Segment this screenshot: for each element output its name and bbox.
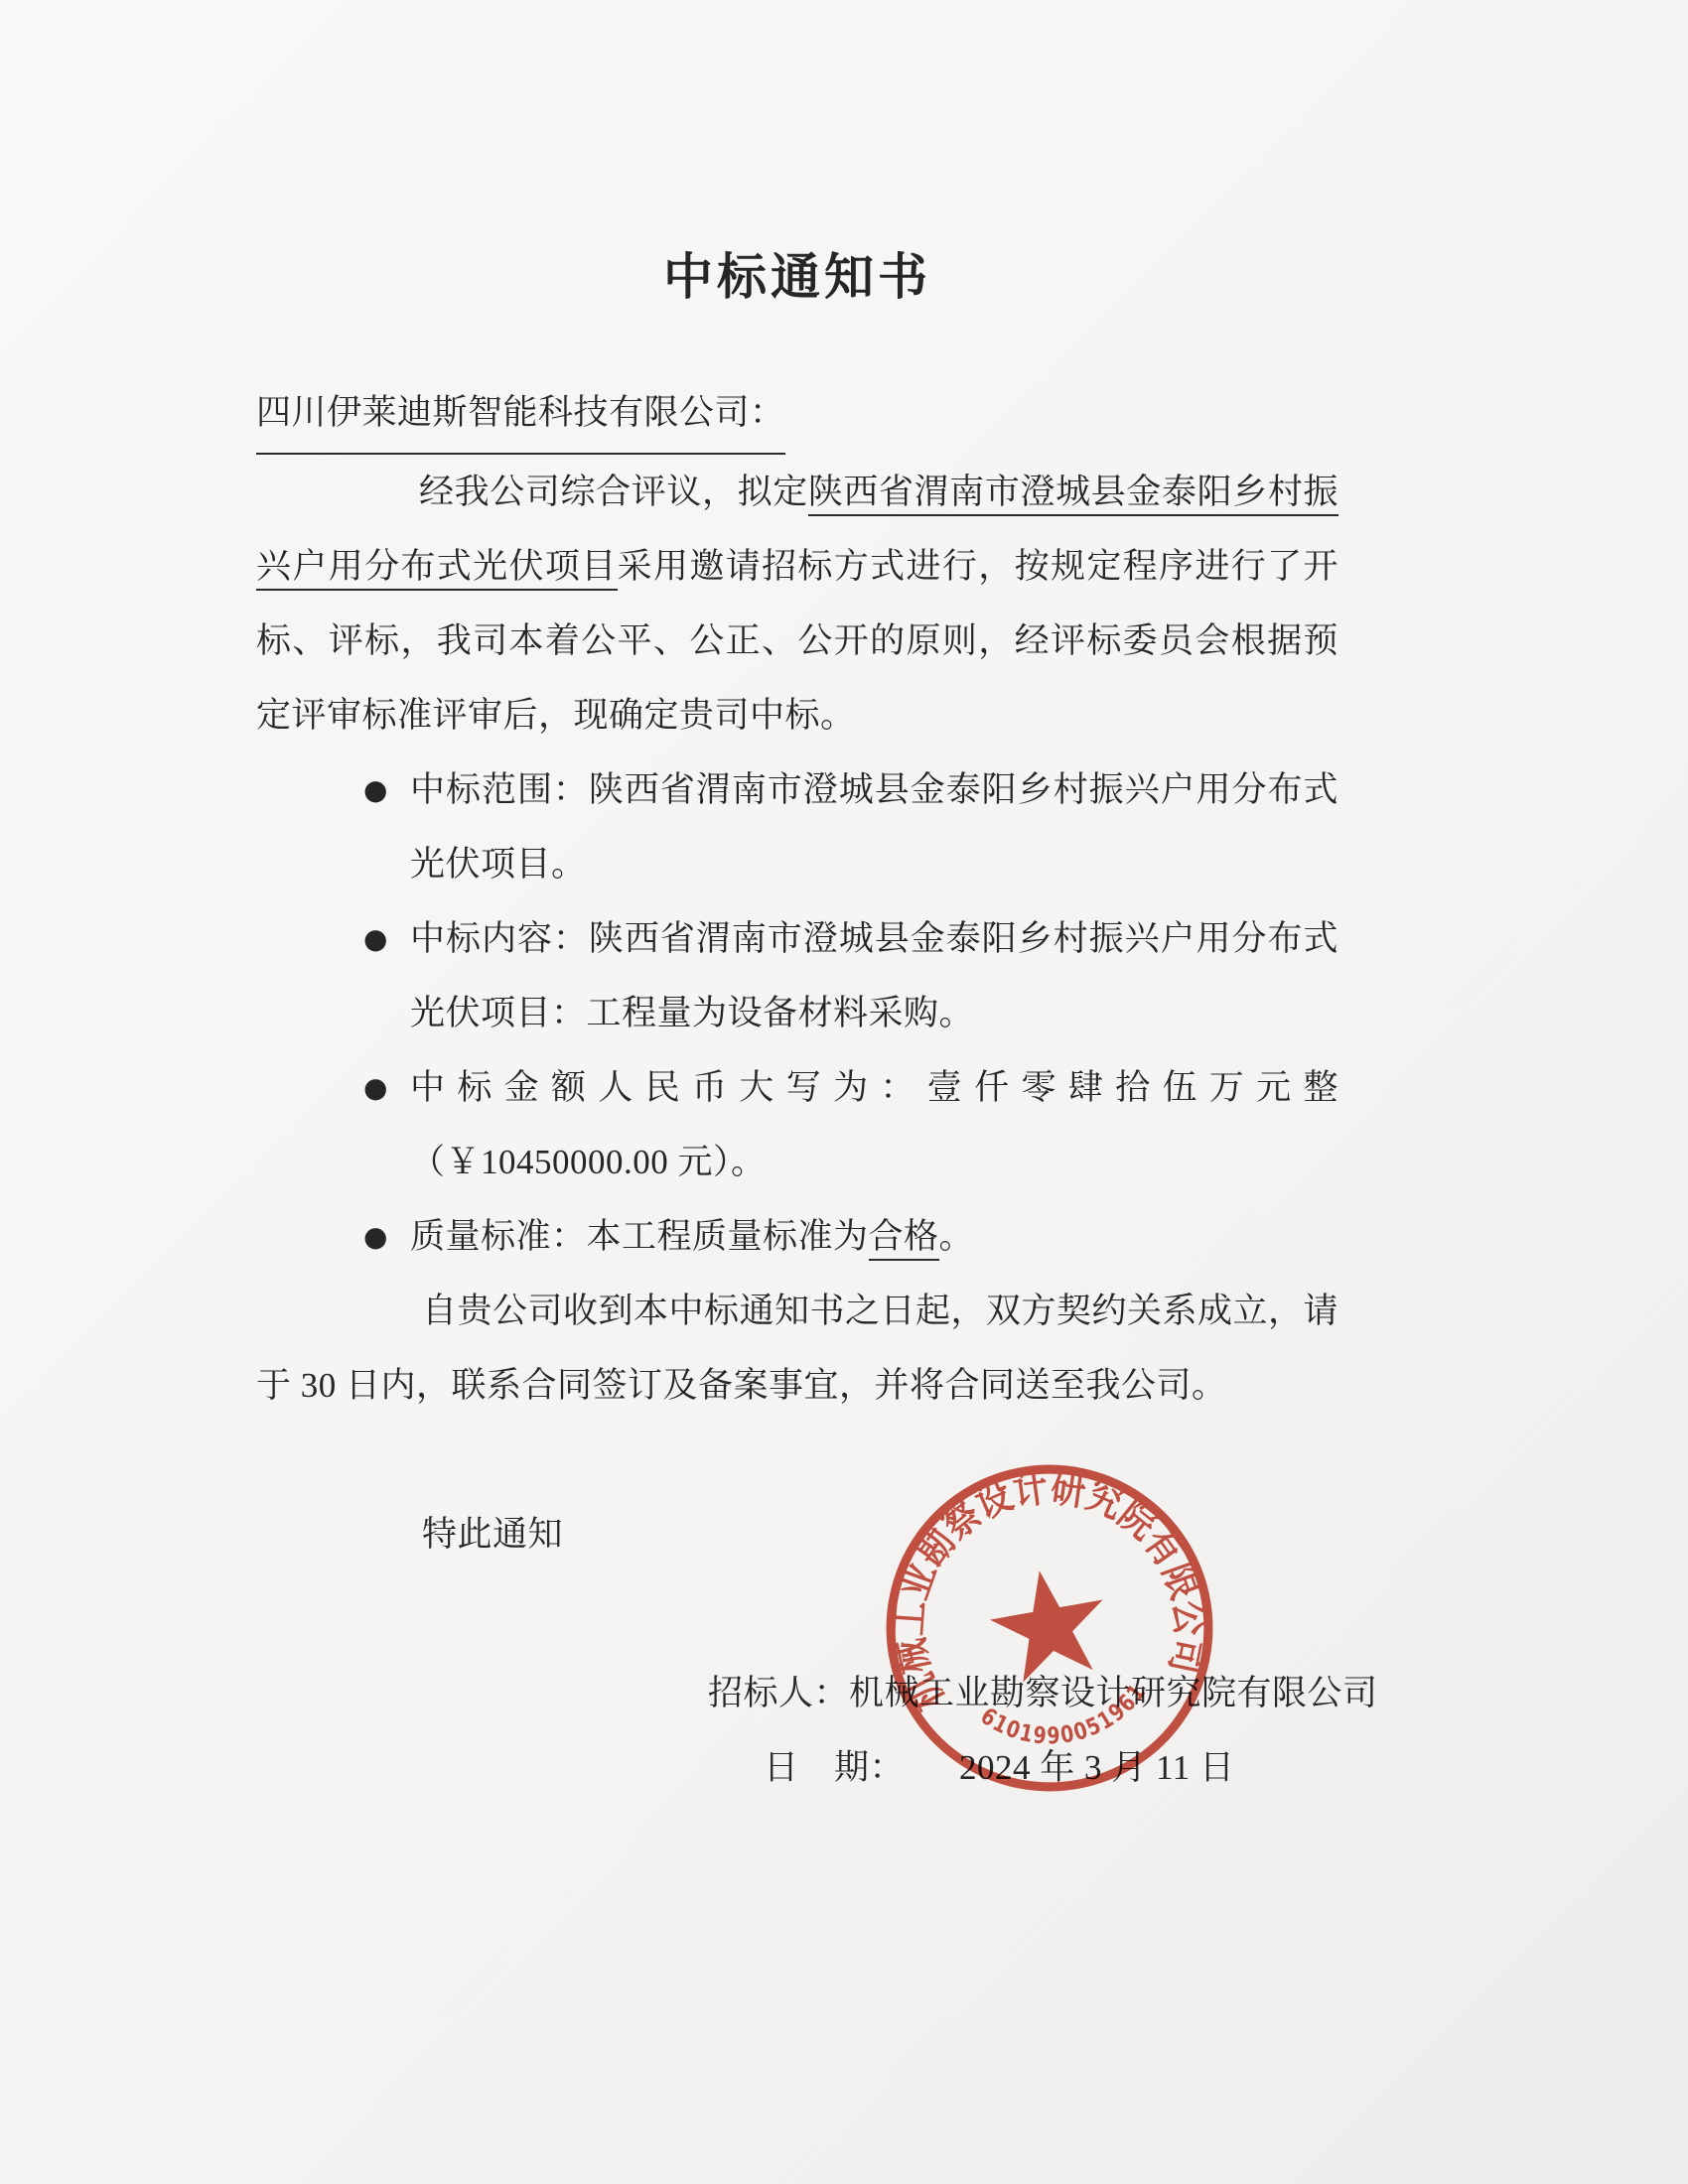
quality-text-end: 。 <box>939 1217 975 1256</box>
bullet-icon: ● <box>363 901 388 976</box>
content-text: 中标内容：陕西省渭南市澄城县金泰阳乡村振兴户用分布式光伏项目：工程量为设备材料采… <box>410 919 1338 1032</box>
company-seal-stamp: 机械工业勘察设计研究院有限公司 6101990051961 <box>852 1431 1248 1827</box>
bullet-icon: ● <box>363 1050 388 1125</box>
recipient-company-line: 四川伊莱迪斯智能科技有限公司： <box>256 375 785 455</box>
scanned-document-page: 中标通知书 四川伊莱迪斯智能科技有限公司： 经我公司综合评议，拟定陕西省渭南市澄… <box>0 0 1688 2184</box>
bidder-label: 招标人： <box>708 1674 849 1712</box>
list-item-scope: ●中标范围：陕西省渭南市澄城县金泰阳乡村振兴户用分布式光伏项目。 <box>256 752 1338 901</box>
seal-code-number: 6101990051961 <box>972 1675 1158 1763</box>
bullet-icon: ● <box>363 752 388 827</box>
star-icon <box>983 1561 1114 1686</box>
date-label: 日 期： <box>764 1748 905 1787</box>
quality-grade-underlined: 合格 <box>869 1217 939 1261</box>
list-item-amount: ●中标金额人民币大写为：壹仟零肆拾伍万元整（￥10450000.00 元）。 <box>256 1050 1338 1199</box>
list-item-quality: ●质量标准：本工程质量标准为合格。 <box>256 1199 1338 1274</box>
quality-text: 质量标准：本工程质量标准为 <box>410 1217 869 1256</box>
bullet-icon: ● <box>363 1199 388 1274</box>
scope-text: 中标范围：陕西省渭南市澄城县金泰阳乡村振兴户用分布式光伏项目。 <box>410 770 1338 884</box>
paragraph-contract-instruction: 自贵公司收到本中标通知书之日起，双方契约关系成立，请于 30 日内，联系合同签订… <box>256 1274 1338 1423</box>
list-item-content: ●中标内容：陕西省渭南市澄城县金泰阳乡村振兴户用分布式光伏项目：工程量为设备材料… <box>256 901 1338 1050</box>
paragraph-award-decision: 经我公司综合评议，拟定陕西省渭南市澄城县金泰阳乡村振兴户用分布式光伏项目采用邀请… <box>256 455 1338 752</box>
document-title: 中标通知书 <box>256 246 1338 308</box>
para1-text: 经我公司综合评议，拟定 <box>419 473 808 511</box>
amount-text: 中标金额人民币大写为：壹仟零肆拾伍万元整（￥10450000.00 元）。 <box>410 1068 1338 1181</box>
seal-graphic: 机械工业勘察设计研究院有限公司 6101990051961 <box>852 1431 1248 1827</box>
award-details-list: ●中标范围：陕西省渭南市澄城县金泰阳乡村振兴户用分布式光伏项目。 ●中标内容：陕… <box>256 752 1338 1274</box>
